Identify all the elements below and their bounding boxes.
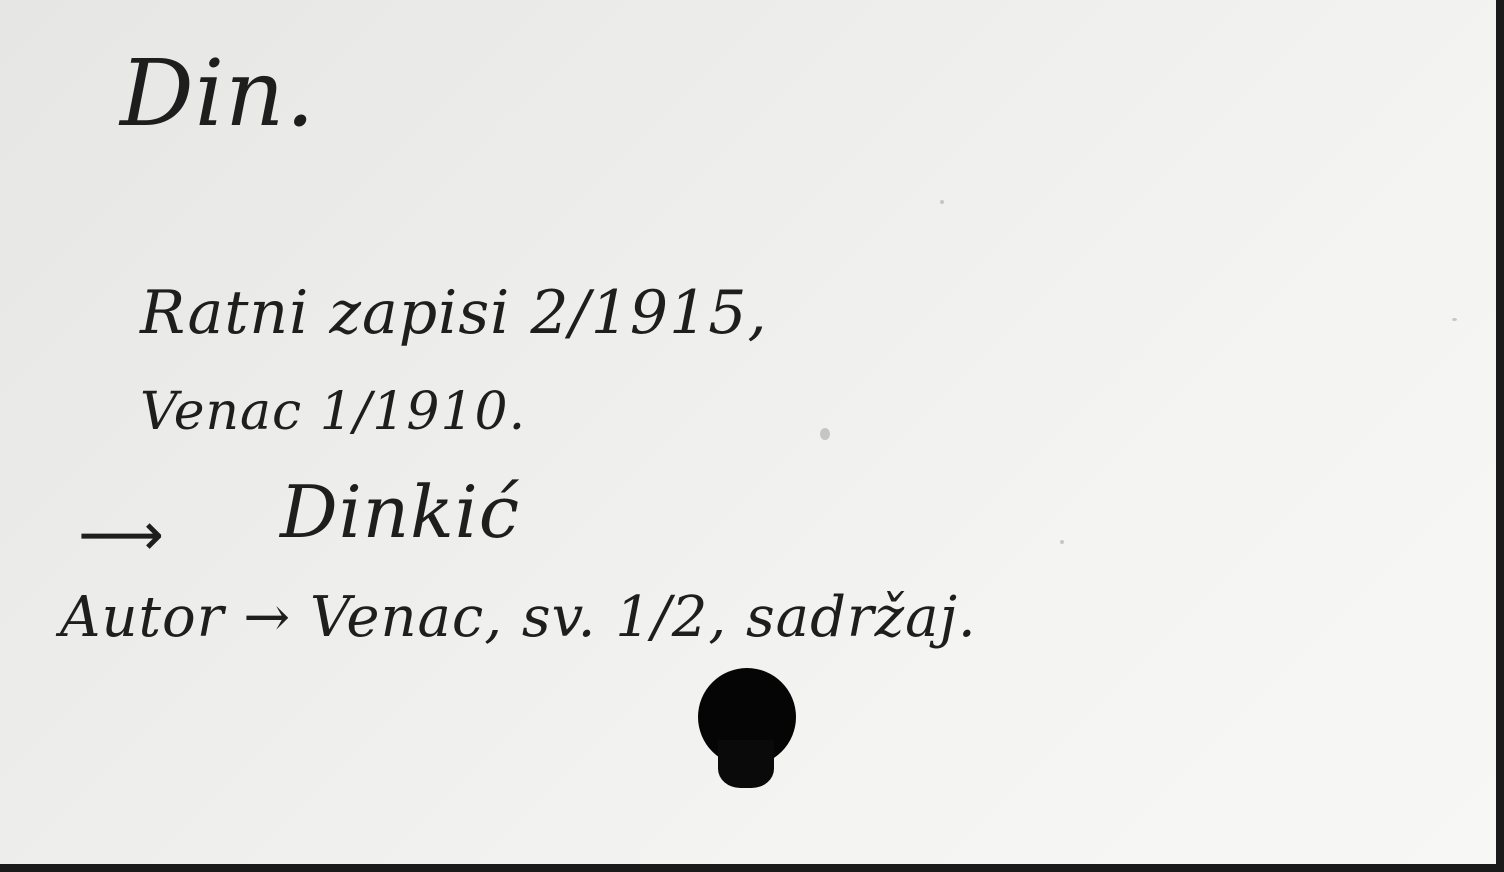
paper-speck [940, 200, 944, 204]
cross-reference-name: Dinkić [280, 470, 520, 554]
entry-venac: Venac 1/1910. [140, 382, 526, 442]
paper-speck [1452, 318, 1457, 321]
card-border-right [1496, 0, 1504, 872]
arrow-icon: ⟶ [78, 500, 164, 570]
entry-ratni-zapisi: Ratni zapisi 2/1915, [140, 278, 768, 348]
catalog-card: Din. Ratni zapisi 2/1915, Venac 1/1910. … [0, 0, 1496, 864]
card-heading: Din. [120, 40, 316, 147]
author-note: Autor → Venac, sv. 1/2, sadržaj. [60, 585, 977, 650]
paper-speck [1060, 540, 1064, 544]
punch-hole-tear [718, 740, 774, 788]
paper-speck [820, 428, 830, 440]
card-border-bottom [0, 864, 1504, 872]
